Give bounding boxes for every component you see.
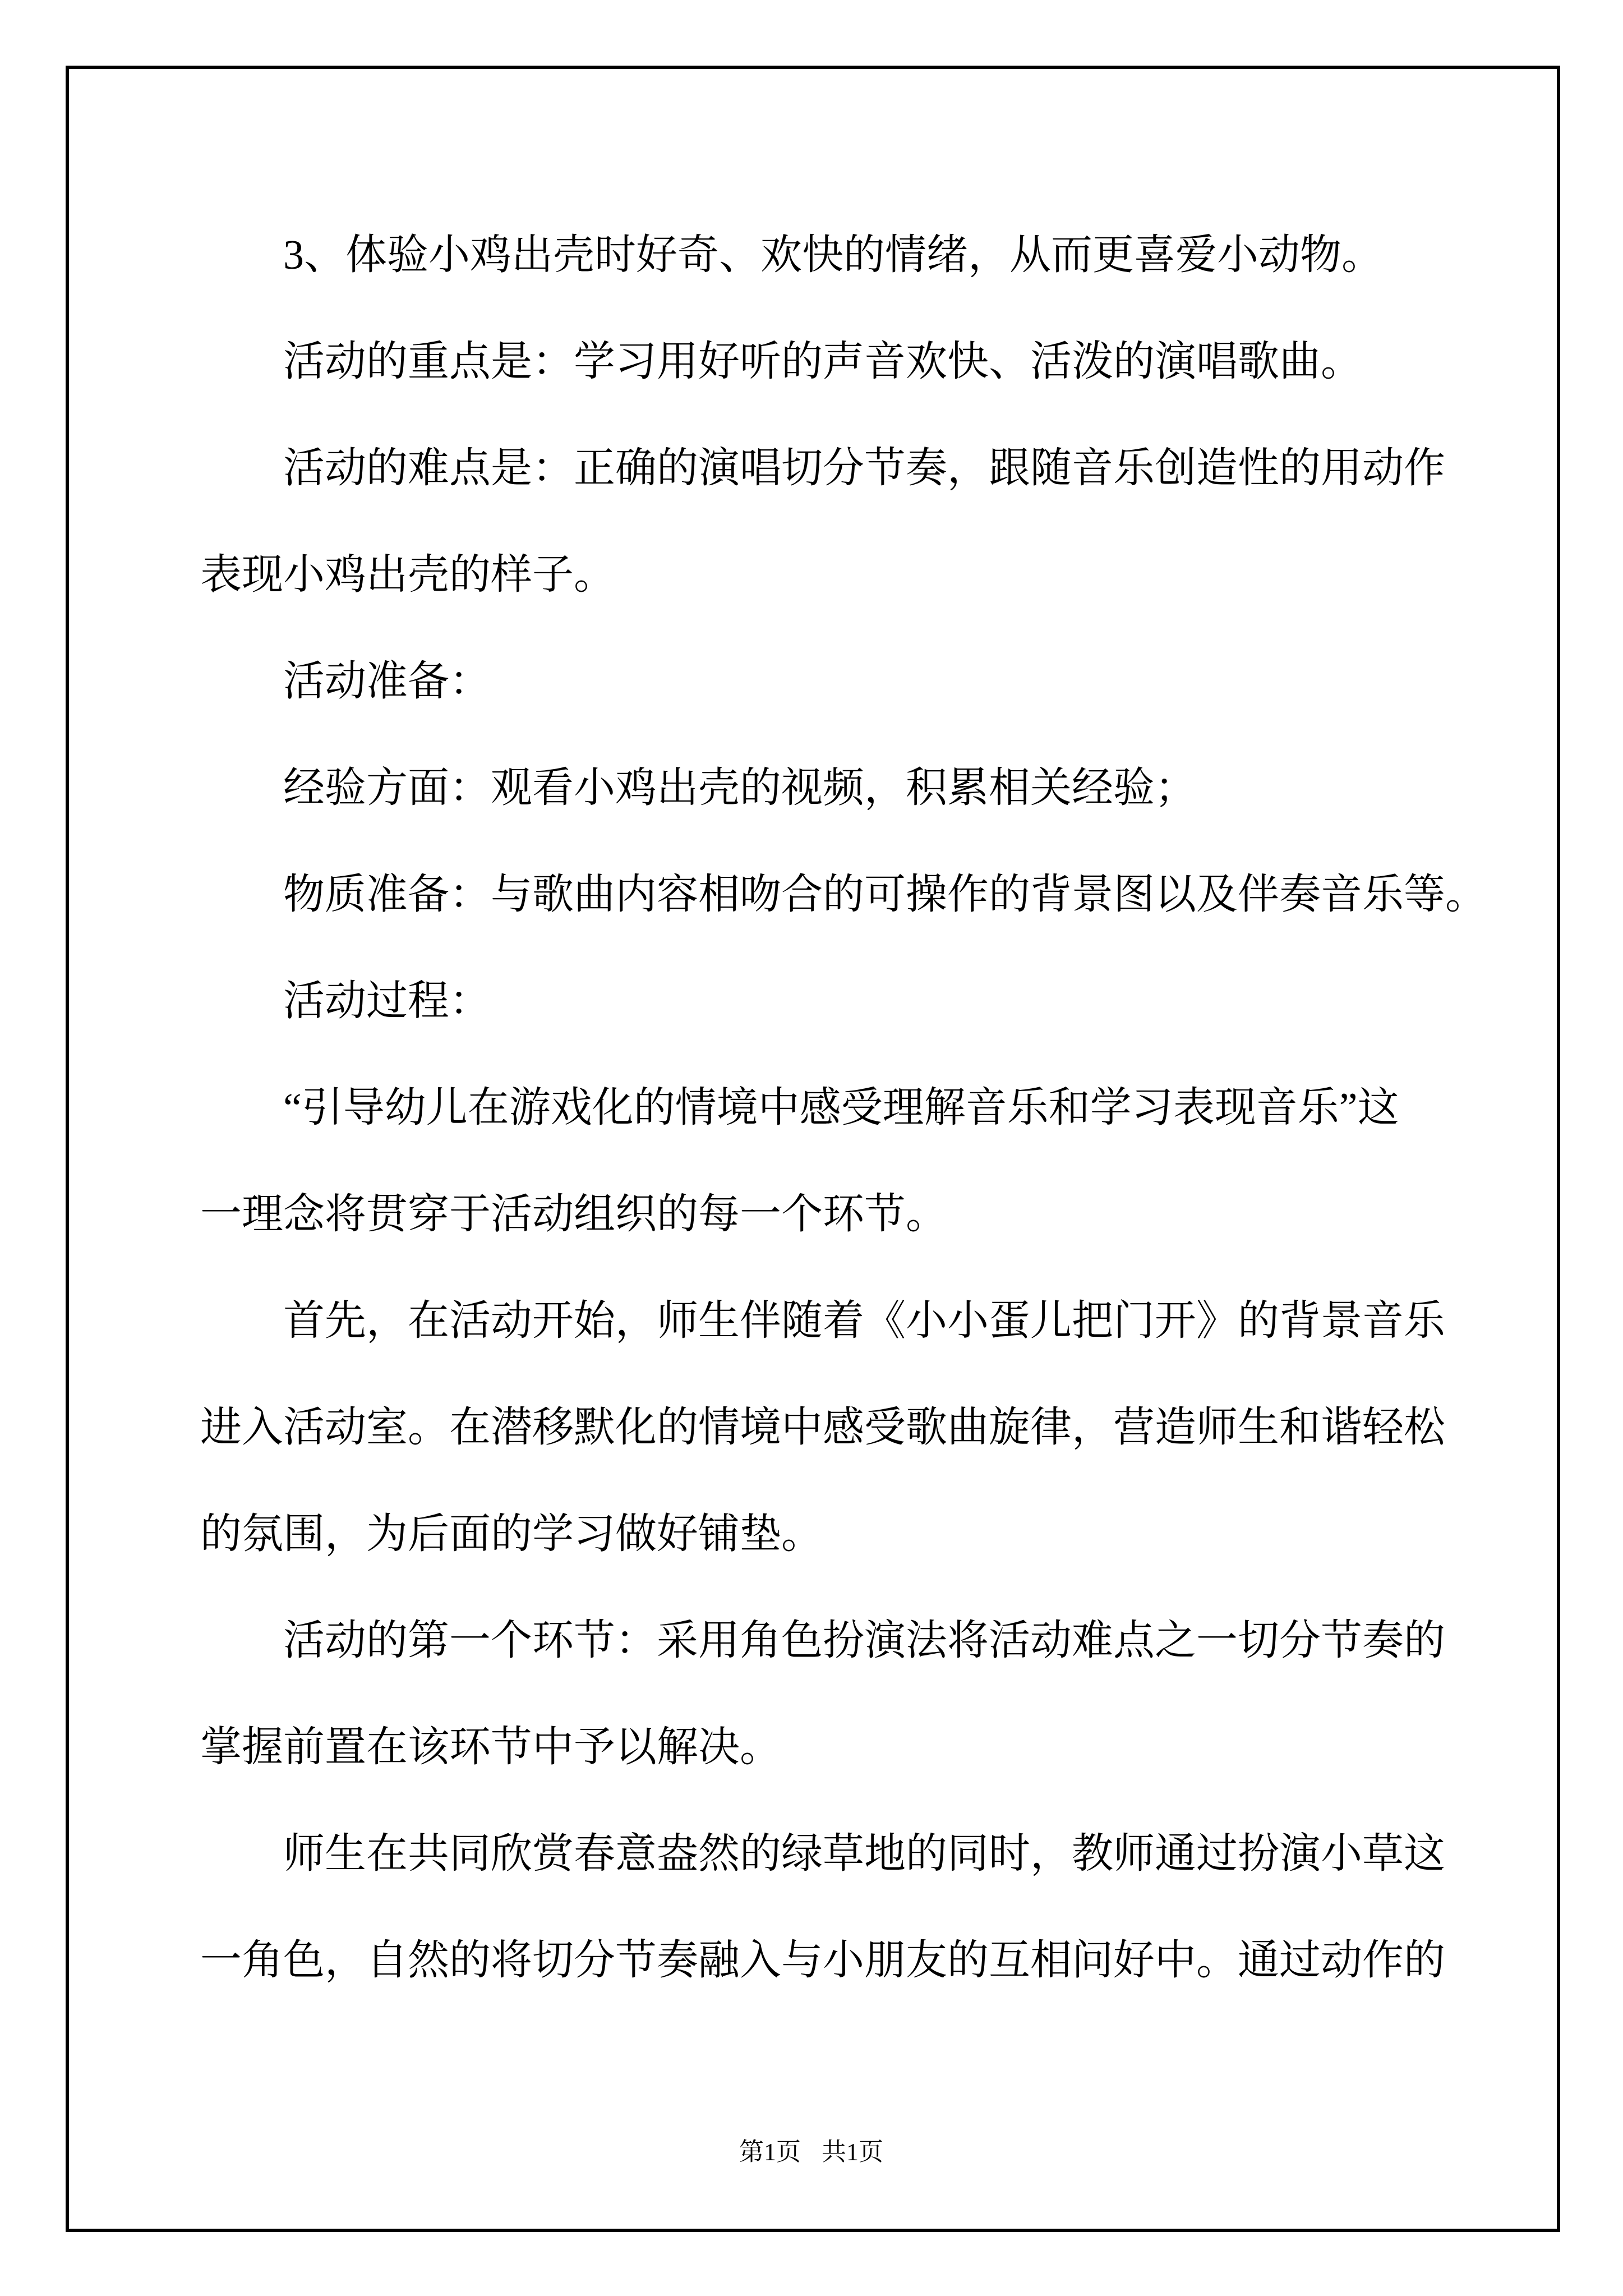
page-number: 第1页 共1页 bbox=[739, 2138, 883, 2166]
doc-line: 掌握前置在该环节中予以解决。 bbox=[200, 1694, 1445, 1801]
doc-line: 一理念将贯穿于活动组织的每一个环节。 bbox=[200, 1161, 1445, 1268]
doc-line: 师生在共同欣赏春意盎然的绿草地的同时，教师通过扮演小草这 bbox=[200, 1801, 1445, 1907]
doc-line: 活动的第一个环节：采用角色扮演法将活动难点之一切分节奏的 bbox=[200, 1588, 1445, 1694]
doc-line: 表现小鸡出壳的样子。 bbox=[200, 522, 1445, 628]
document-page: 3、体验小鸡出壳时好奇、欢快的情绪，从而更喜爱小动物。活动的重点是：学习用好听的… bbox=[0, 0, 1623, 2296]
doc-line: 一角色，自然的将切分节奏融入与小朋友的互相问好中。通过动作的 bbox=[200, 1907, 1445, 2014]
doc-line: 首先，在活动开始，师生伴随着《小小蛋儿把门开》的背景音乐 bbox=[200, 1268, 1445, 1374]
doc-line: 活动过程： bbox=[200, 948, 1445, 1055]
doc-line: 活动的重点是：学习用好听的声音欢快、活泼的演唱歌曲。 bbox=[200, 309, 1445, 415]
doc-line: 活动准备： bbox=[200, 628, 1445, 735]
doc-line: 活动的难点是：正确的演唱切分节奏，跟随音乐创造性的用动作 bbox=[200, 415, 1445, 522]
doc-line: 的氛围，为后面的学习做好铺垫。 bbox=[200, 1481, 1445, 1588]
doc-line: 3、体验小鸡出壳时好奇、欢快的情绪，从而更喜爱小动物。 bbox=[200, 202, 1445, 309]
doc-line: 进入活动室。在潜移默化的情境中感受歌曲旋律，营造师生和谐轻松 bbox=[200, 1374, 1445, 1481]
doc-line: 经验方面：观看小鸡出壳的视频，积累相关经验； bbox=[200, 735, 1445, 841]
doc-line: 物质准备：与歌曲内容相吻合的可操作的背景图以及伴奏音乐等。 bbox=[200, 841, 1445, 948]
page-footer: 第1页 共1页 bbox=[66, 2136, 1557, 2169]
document-body-text: 3、体验小鸡出壳时好奇、欢快的情绪，从而更喜爱小动物。活动的重点是：学习用好听的… bbox=[200, 202, 1445, 2014]
doc-line: “引导幼儿在游戏化的情境中感受理解音乐和学习表现音乐”这 bbox=[200, 1055, 1445, 1161]
